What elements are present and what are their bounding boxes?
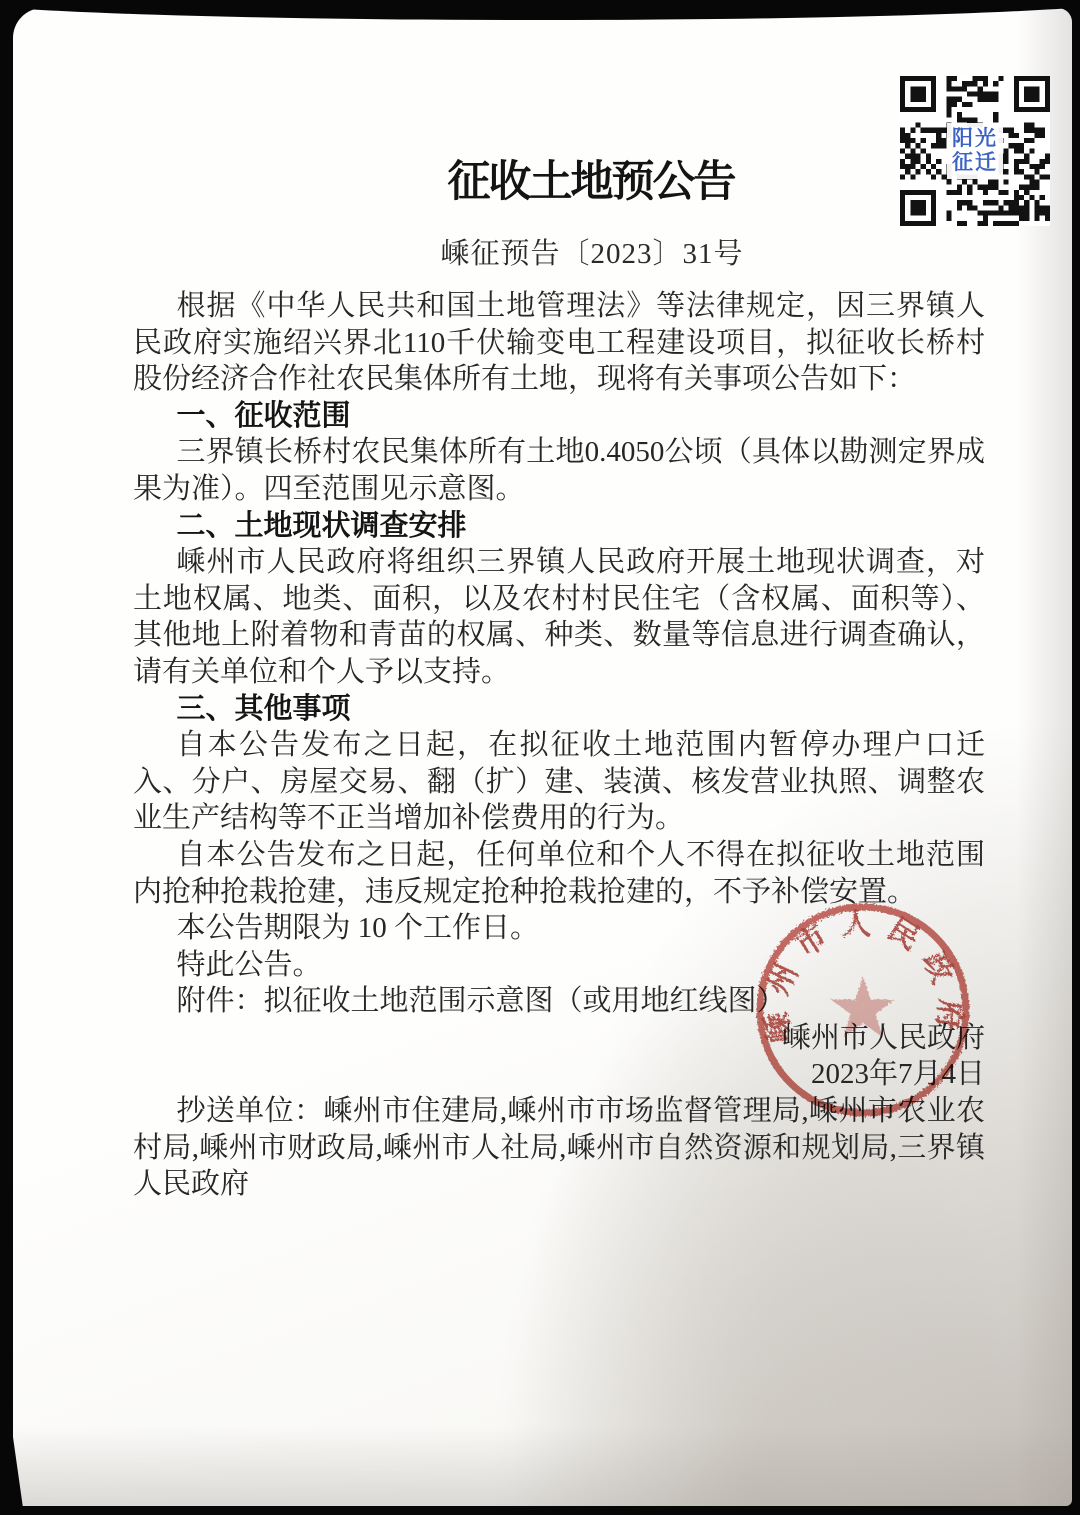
heading-other: 三、其他事项 bbox=[133, 691, 985, 728]
para-scope: 三界镇长桥村农民集体所有土地0.4050公顷（具体以勘测定界成果为准）。四至范围… bbox=[133, 434, 985, 507]
heading-scope: 一、征收范围 bbox=[133, 398, 985, 435]
heading-survey: 二、土地现状调查安排 bbox=[133, 508, 985, 545]
qr-label-line2: 征迁 bbox=[952, 151, 998, 175]
doc-number: 嵊征预告〔2023〕31号 bbox=[166, 234, 1018, 274]
official-seal: 嵊州市人民政府 bbox=[743, 890, 983, 1130]
svg-text:嵊州市人民政府: 嵊州市人民政府 bbox=[758, 908, 967, 1045]
qr-label: 阳光 征迁 bbox=[947, 123, 1003, 179]
qr-code: 阳光 征迁 bbox=[900, 76, 1050, 226]
document-content: 征收土地预公告 嵊征预告〔2023〕31号 根据《中华人民共和国土地管理法》等法… bbox=[0, 0, 1080, 1515]
seal-text: 嵊州市人民政府 bbox=[758, 908, 967, 1045]
scanned-document: 征收土地预公告 嵊征预告〔2023〕31号 根据《中华人民共和国土地管理法》等法… bbox=[0, 0, 1080, 1515]
doc-title: 征收土地预公告 bbox=[165, 156, 1017, 208]
para-intro: 根据《中华人民共和国土地管理法》等法律规定，因三界镇人民政府实施绍兴界北110千… bbox=[133, 288, 985, 398]
seal-star-icon bbox=[831, 976, 896, 1038]
qr-label-line1: 阳光 bbox=[952, 127, 998, 151]
para-freeze: 自本公告发布之日起，在拟征收土地范围内暂停办理户口迁入、分户、房屋交易、翻（扩）… bbox=[133, 727, 985, 837]
para-survey: 嵊州市人民政府将组织三界镇人民政府开展土地现状调查，对土地权属、地类、面积，以及… bbox=[133, 544, 985, 690]
